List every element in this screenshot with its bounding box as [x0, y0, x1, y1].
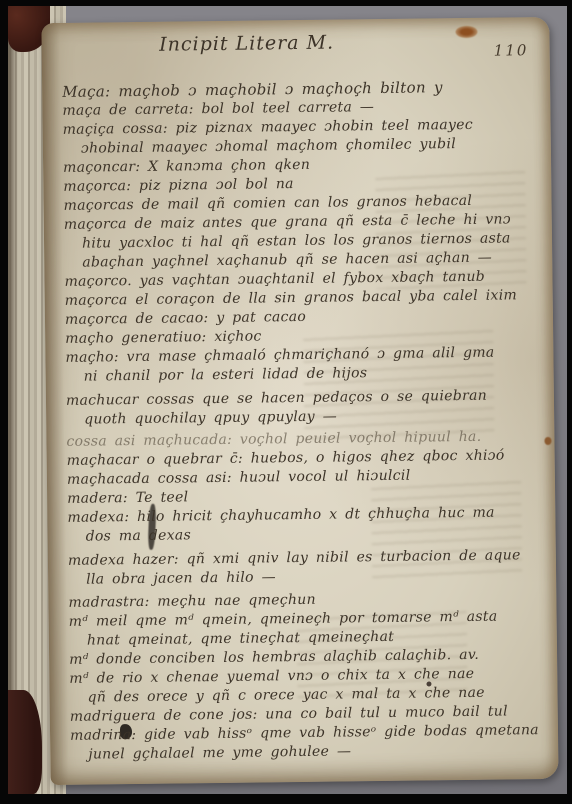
rust-stain — [455, 26, 477, 38]
page-title: Incipit Litera M. — [122, 31, 372, 56]
manuscript-photo: Incipit Litera M. 110 Maça: maçhob ɔ maç… — [0, 0, 572, 804]
manuscript-page: Incipit Litera M. 110 Maça: maçhob ɔ maç… — [41, 17, 558, 785]
folio-number: 110 — [494, 41, 529, 59]
manuscript-lines: Maça: maçhob ɔ maçhobil ɔ maçhoçh bilton… — [62, 77, 550, 765]
